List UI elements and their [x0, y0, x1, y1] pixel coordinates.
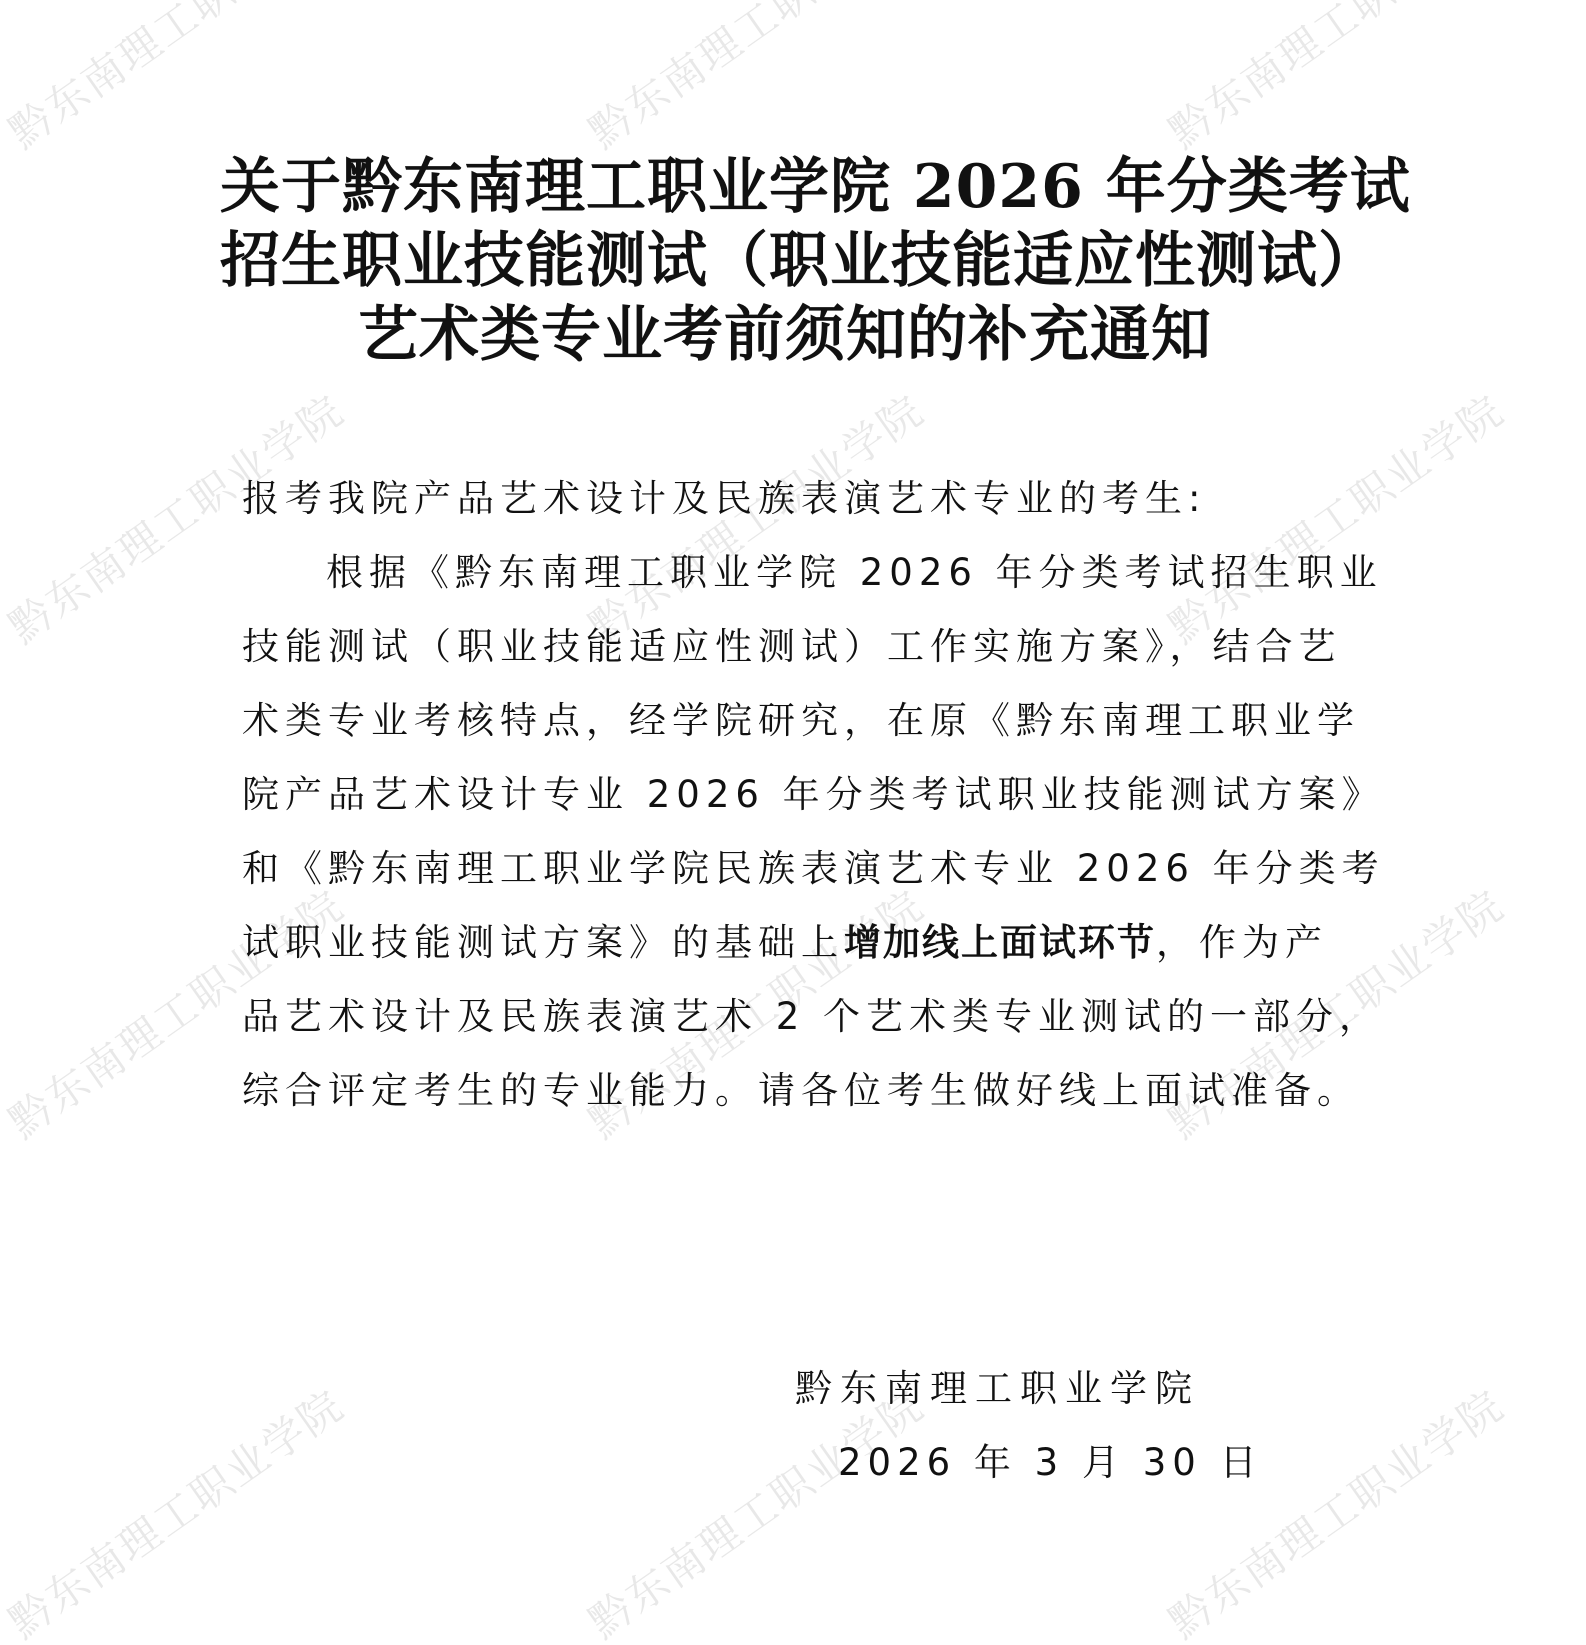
- body-line: 和《黔东南理工职业学院民族表演艺术专业 2026 年分类考: [242, 832, 1352, 906]
- title-line: 关于黔东南理工职业学院 2026 年分类考试: [220, 150, 1350, 224]
- watermark: 黔东南理工职业学院: [576, 1374, 935, 1645]
- title-line: 招生职业技能测试（职业技能适应性测试）: [220, 224, 1350, 298]
- body-line: 试职业技能测试方案》的基础上增加线上面试环节，作为产: [242, 906, 1352, 980]
- body-line: 根据《黔东南理工职业学院 2026 年分类考试招生职业: [242, 536, 1352, 610]
- body-text: ，作为产: [1156, 921, 1328, 964]
- body-line: 综合评定考生的专业能力。请各位考生做好线上面试准备。: [242, 1054, 1352, 1128]
- document-body: 报考我院产品艺术设计及民族表演艺术专业的考生: 根据《黔东南理工职业学院 202…: [242, 462, 1352, 1128]
- watermark: 黔东南理工职业学院: [1156, 1374, 1515, 1645]
- document-date: 2026 年 3 月 30 日: [838, 1432, 1263, 1486]
- document-title: 关于黔东南理工职业学院 2026 年分类考试 招生职业技能测试（职业技能适应性测…: [220, 150, 1350, 372]
- watermark: 黔东南理工职业学院: [1156, 0, 1515, 160]
- body-line: 技能测试（职业技能适应性测试）工作实施方案》，结合艺: [242, 610, 1352, 684]
- watermark: 黔东南理工职业学院: [576, 0, 935, 160]
- signature: 黔东南理工职业学院: [795, 1358, 1200, 1412]
- watermark: 黔东南理工职业学院: [0, 0, 354, 160]
- body-line: 术类专业考核特点，经学院研究，在原《黔东南理工职业学: [242, 684, 1352, 758]
- body-text: 试职业技能测试方案》的基础上: [242, 921, 844, 964]
- emphasized-text: 增加线上面试环节: [844, 921, 1156, 964]
- watermark: 黔东南理工职业学院: [0, 1374, 354, 1645]
- body-line: 品艺术设计及民族表演艺术 2 个艺术类专业测试的一部分，: [242, 980, 1352, 1054]
- body-line: 院产品艺术设计专业 2026 年分类考试职业技能测试方案》: [242, 758, 1352, 832]
- document-page: 黔东南理工职业学院 黔东南理工职业学院 黔东南理工职业学院 黔东南理工职业学院 …: [0, 0, 1586, 1645]
- title-line: 艺术类专业考前须知的补充通知: [220, 298, 1350, 372]
- salutation: 报考我院产品艺术设计及民族表演艺术专业的考生:: [242, 462, 1352, 536]
